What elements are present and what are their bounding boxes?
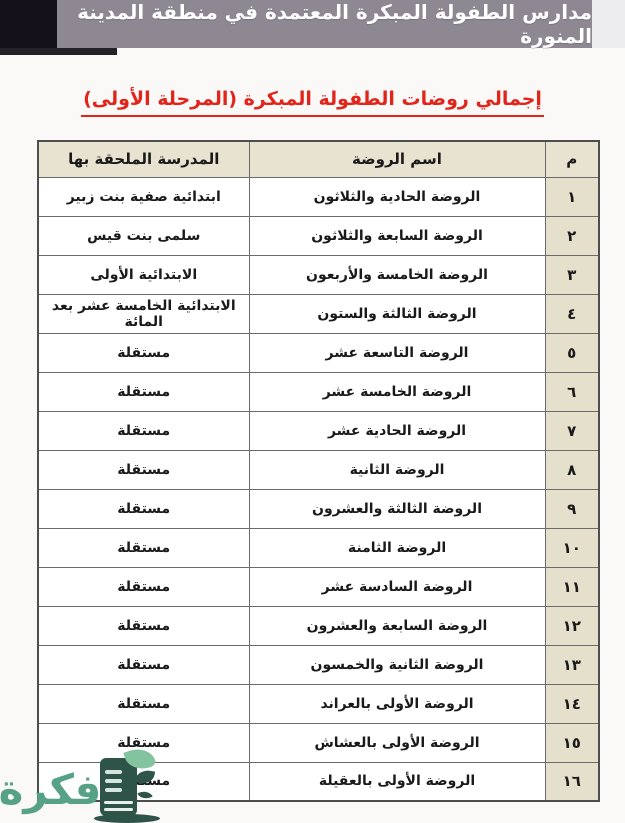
kindergarten-name-cell: الروضة الأولى بالعقيلة [249, 762, 545, 801]
table-row: ١٢الروضة السابعة والعشرونمستقلة [38, 606, 599, 645]
attached-school-cell: مستقلة [38, 684, 249, 723]
attached-school-cell: مستقلة [38, 372, 249, 411]
column-header-attached-school: المدرسة الملحقة بها [38, 141, 249, 177]
attached-school-cell: مستقلة [38, 450, 249, 489]
attached-school-cell: مستقلة [38, 528, 249, 567]
attached-school-cell: الابتدائية الأولى [38, 255, 249, 294]
table-row: ٣الروضة الخامسة والأربعونالابتدائية الأو… [38, 255, 599, 294]
row-number: ١٦ [545, 762, 599, 801]
kindergarten-name-cell: الروضة الأولى بالعراند [249, 684, 545, 723]
table-row: ٧الروضة الحادية عشرمستقلة [38, 411, 599, 450]
kindergarten-name-cell: الروضة السابعة والعشرون [249, 606, 545, 645]
row-number: ٦ [545, 372, 599, 411]
row-number: ٣ [545, 255, 599, 294]
row-number: ١٢ [545, 606, 599, 645]
kindergarten-name-cell: الروضة الثالثة والستون [249, 294, 545, 333]
kindergarten-name-cell: الروضة الأولى بالعشاش [249, 723, 545, 762]
attached-school-cell: مستقلة [38, 567, 249, 606]
fikra-logo: فكرة [0, 746, 163, 823]
table-row: ٤الروضة الثالثة والستونالابتدائية الخامس… [38, 294, 599, 333]
kindergarten-name-cell: الروضة الثانية والخمسون [249, 645, 545, 684]
kindergarten-name-cell: الروضة السادسة عشر [249, 567, 545, 606]
attached-school-cell: مستقلة [38, 333, 249, 372]
page-title: إجمالي روضات الطفولة المبكرة (المرحلة ال… [81, 88, 544, 117]
attached-school-cell: مستقلة [38, 489, 249, 528]
kindergarten-name-cell: الروضة الحادية والثلاثون [249, 177, 545, 216]
row-number: ١٥ [545, 723, 599, 762]
column-header-number: م [545, 141, 599, 177]
kindergarten-name-cell: الروضة الخامسة عشر [249, 372, 545, 411]
row-number: ٥ [545, 333, 599, 372]
row-number: ٢ [545, 216, 599, 255]
table-row: ٥الروضة التاسعة عشرمستقلة [38, 333, 599, 372]
attached-school-cell: مستقلة [38, 645, 249, 684]
kindergarten-name-cell: الروضة التاسعة عشر [249, 333, 545, 372]
table-row: ١٣الروضة الثانية والخمسونمستقلة [38, 645, 599, 684]
header-bar: مدارس الطفولة المبكرة المعتمدة في منطقة … [57, 0, 592, 48]
row-number: ٩ [545, 489, 599, 528]
page: مدارس الطفولة المبكرة المعتمدة في منطقة … [0, 0, 625, 823]
row-number: ٨ [545, 450, 599, 489]
table-row: ٩الروضة الثالثة والعشرونمستقلة [38, 489, 599, 528]
corner-shadow-strip [0, 48, 117, 55]
table-header-row: م اسم الروضة المدرسة الملحقة بها [38, 141, 599, 177]
kindergarten-name-cell: الروضة الثالثة والعشرون [249, 489, 545, 528]
table-row: ١٠الروضة الثامنةمستقلة [38, 528, 599, 567]
book-icon [100, 758, 137, 816]
header-bar-title: مدارس الطفولة المبكرة المعتمدة في منطقة … [57, 0, 592, 48]
row-number: ١ [545, 177, 599, 216]
row-number: ١١ [545, 567, 599, 606]
row-number: ٤ [545, 294, 599, 333]
top-right-background-patch [592, 0, 625, 48]
kindergarten-name-cell: الروضة الثانية [249, 450, 545, 489]
row-number: ٧ [545, 411, 599, 450]
table-row: ١٤الروضة الأولى بالعراندمستقلة [38, 684, 599, 723]
section-title-wrap: إجمالي روضات الطفولة المبكرة (المرحلة ال… [0, 88, 625, 117]
kindergarten-name-cell: الروضة الخامسة والأربعون [249, 255, 545, 294]
column-header-kindergarten-name: اسم الروضة [249, 141, 545, 177]
leaf-icon [137, 788, 152, 803]
table-row: ٢الروضة السابعة والثلاثونسلمى بنت قيس [38, 216, 599, 255]
kindergarten-name-cell: الروضة الحادية عشر [249, 411, 545, 450]
attached-school-cell: ابتدائية صفية بنت زبير [38, 177, 249, 216]
table-row: ٨الروضة الثانيةمستقلة [38, 450, 599, 489]
table-body: ١الروضة الحادية والثلاثونابتدائية صفية ب… [38, 177, 599, 801]
table-row: ١١الروضة السادسة عشرمستقلة [38, 567, 599, 606]
row-number: ١٠ [545, 528, 599, 567]
attached-school-cell: سلمى بنت قيس [38, 216, 249, 255]
table-row: ٦الروضة الخامسة عشرمستقلة [38, 372, 599, 411]
fikra-wordmark: فكرة [0, 760, 102, 820]
attached-school-cell: الابتدائية الخامسة عشر بعد المائة [38, 294, 249, 333]
row-number: ١٤ [545, 684, 599, 723]
attached-school-cell: مستقلة [38, 606, 249, 645]
kindergarten-name-cell: الروضة السابعة والثلاثون [249, 216, 545, 255]
leaf-icon [135, 769, 155, 786]
table-row: ١الروضة الحادية والثلاثونابتدائية صفية ب… [38, 177, 599, 216]
kindergartens-table: م اسم الروضة المدرسة الملحقة بها ١الروضة… [37, 140, 600, 802]
attached-school-cell: مستقلة [38, 411, 249, 450]
corner-black-block [0, 0, 57, 55]
row-number: ١٣ [545, 645, 599, 684]
kindergarten-name-cell: الروضة الثامنة [249, 528, 545, 567]
